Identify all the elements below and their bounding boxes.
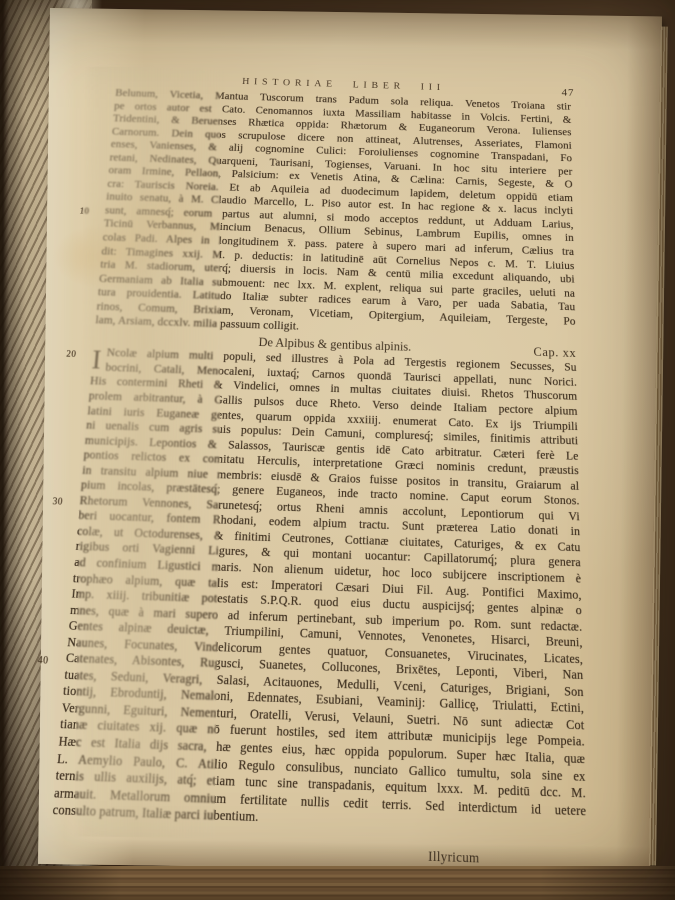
- margin-line-number: 40: [37, 652, 49, 669]
- chapter-number: Cap. xx: [533, 344, 576, 362]
- page-right-edge: [649, 27, 668, 866]
- book-page: HISTORIAE LIBER III 47 Belunum, Vicetia,…: [38, 8, 662, 872]
- book-bottom-edges: [0, 866, 675, 900]
- running-head: HISTORIAE LIBER III: [242, 77, 445, 93]
- chapter-title: De Alpibus & gentibus alpinis.: [258, 335, 411, 354]
- margin-line-number: 20: [66, 347, 77, 362]
- margin-line-number: 30: [52, 494, 64, 510]
- catchword-row: Illyricum: [49, 835, 587, 869]
- book-photo: HISTORIAE LIBER III 47 Belunum, Vicetia,…: [0, 0, 675, 900]
- text-section-2: I 20Ncolæ alpium multi populi, sed illus…: [52, 346, 587, 838]
- text-section-1: Belunum, Vicetia, Mantua Tuscorum trans …: [95, 87, 576, 343]
- page-number: 47: [562, 87, 575, 100]
- catchword: Illyricum: [428, 848, 479, 866]
- text-block: HISTORIAE LIBER III 47 Belunum, Vicetia,…: [49, 71, 587, 869]
- margin-line-number: 10: [79, 205, 90, 219]
